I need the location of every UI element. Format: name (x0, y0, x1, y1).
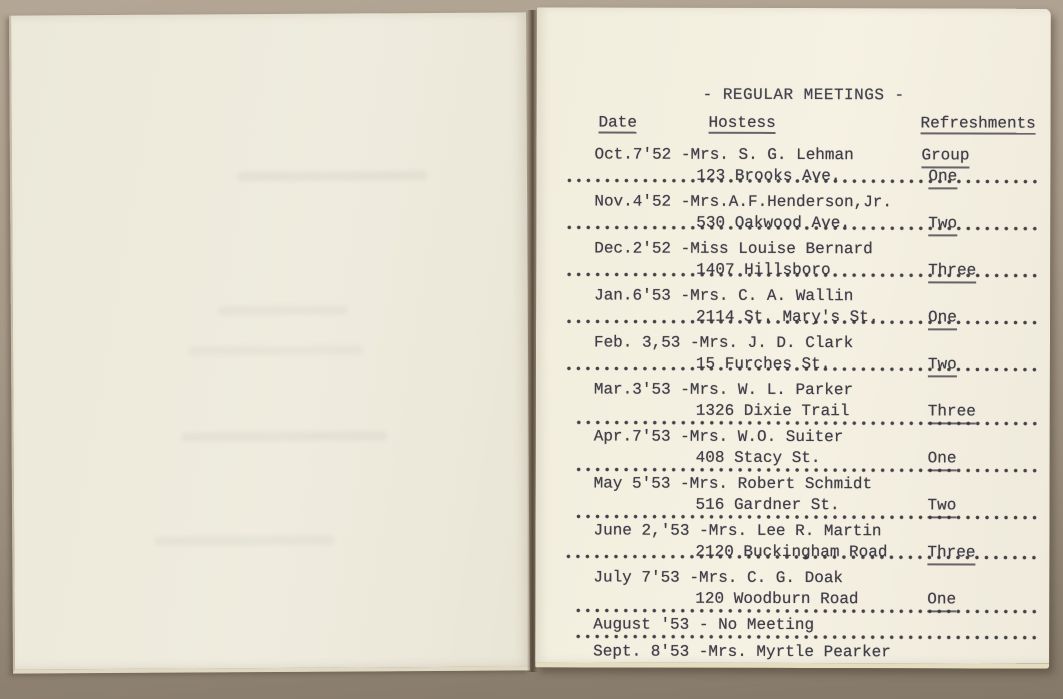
page-title: - REGULAR MEETINGS - (703, 86, 905, 105)
meeting-hostess: -Miss Louise Bernard (681, 240, 873, 259)
meeting-hostess: -Mrs. J. D. Clark (690, 334, 853, 352)
dotted-leader-line (566, 177, 1038, 184)
dotted-leader-line (576, 466, 1038, 473)
meeting-entry: Oct.7'52 -Mrs. S. G. LehmanGroup 123 Bro… (536, 144, 1044, 192)
column-header-date: Date (599, 113, 637, 133)
meeting-hostess: -Mrs. Myrtle Pearker (699, 643, 891, 662)
meeting-entry: Feb. 3,53 -Mrs. J. D. Clark 15 Furches S… (536, 332, 1044, 380)
dotted-leader-line (565, 553, 1037, 560)
dotted-leader-line (566, 271, 1038, 278)
meeting-entry: Dec.2'52 -Miss Louise Bernard 1407 Hills… (536, 238, 1044, 286)
meeting-line-1: Jan.6'53 -Mrs. C. A. Wallin (536, 285, 1044, 307)
bleed-through-smudge (237, 171, 427, 181)
meeting-date: June 2,'53 (593, 521, 689, 539)
meeting-entry: Nov.4'52 -Mrs.A.F.Henderson,Jr. 530 Oakw… (536, 191, 1044, 239)
meeting-date: July 7'53 (593, 568, 679, 586)
meeting-date: Feb. 3,53 (594, 333, 680, 351)
meeting-hostess: -Mrs. Lee R. Martin (699, 522, 881, 540)
column-header-refreshments: Refreshments (921, 114, 1036, 134)
meeting-hostess: -Mrs. S. G. Lehman (681, 146, 854, 164)
meeting-line-1: Sept. 8'53 -Mrs. Myrtle Pearker (535, 641, 1043, 663)
meeting-line-1: Oct.7'52 -Mrs. S. G. LehmanGroup (536, 144, 1044, 166)
right-page-meetings: - REGULAR MEETINGS - Date Hostess Refres… (535, 7, 1051, 668)
meeting-entry: August '53 - No Meeting (535, 614, 1043, 642)
meeting-line-1: Apr.7'53 -Mrs. W.O. Suiter (536, 426, 1044, 448)
meeting-entry: Sept. 8'53 -Mrs. Myrtle Pearker 11 Enter… (535, 641, 1043, 668)
refreshments-group-label: Group (921, 145, 969, 168)
meeting-date: August '53 (593, 615, 689, 633)
meeting-date: Oct.7'52 (594, 145, 671, 163)
scanned-notebook-spread: - REGULAR MEETINGS - Date Hostess Refres… (0, 0, 1063, 699)
dotted-leader-line (566, 318, 1038, 325)
meeting-hostess: -Mrs.A.F.Henderson,Jr. (681, 193, 892, 212)
left-page-blank (9, 12, 530, 673)
meeting-hostess: -Mrs. C. A. Wallin (681, 287, 854, 305)
meeting-line-1: Nov.4'52 -Mrs.A.F.Henderson,Jr. (536, 191, 1044, 213)
meeting-line-1: Dec.2'52 -Miss Louise Bernard (536, 238, 1044, 260)
meeting-hostess: -Mrs. Robert Schmidt (680, 475, 872, 494)
dotted-leader-line (576, 419, 1038, 426)
meeting-hostess: -Mrs. C. G. Doak (689, 569, 843, 587)
meeting-line-1: July 7'53 -Mrs. C. G. Doak (535, 567, 1043, 589)
meeting-address: 11 Enterprise St. (695, 663, 858, 669)
meeting-entry: May 5'53 -Mrs. Robert Schmidt 516 Gardne… (536, 473, 1044, 521)
meeting-date: Sept. 8'53 (593, 642, 689, 660)
meeting-line-1: June 2,'53 -Mrs. Lee R. Martin (535, 520, 1043, 542)
bleed-through-smudge (188, 345, 363, 355)
bleed-through-smudge (218, 306, 348, 316)
meeting-entry: July 7'53 -Mrs. C. G. Doak 120 Woodburn … (535, 567, 1043, 615)
refreshments-value: Two (927, 663, 956, 668)
meeting-hostess: -Mrs. W.O. Suiter (680, 428, 843, 446)
meetings-list: Oct.7'52 -Mrs. S. G. LehmanGroup 123 Bro… (535, 144, 1044, 668)
meeting-line-1: Mar.3'53 -Mrs. W. L. Parker (536, 379, 1044, 401)
meeting-date: Nov.4'52 (594, 192, 671, 210)
meeting-date: May 5'53 (594, 474, 671, 492)
dotted-leader-line (575, 633, 1037, 640)
column-header-hostess: Hostess (709, 114, 776, 134)
dotted-leader-line (575, 607, 1037, 614)
meeting-entry: Mar.3'53 -Mrs. W. L. Parker 1326 Dixie T… (536, 379, 1044, 427)
dotted-leader-line (576, 513, 1038, 520)
meeting-line-2: 11 Enterprise St. Two (535, 662, 1043, 668)
meeting-date: Dec.2'52 (594, 239, 671, 257)
meeting-date: Apr.7'53 (594, 427, 671, 445)
meeting-line-1: May 5'53 -Mrs. Robert Schmidt (536, 473, 1044, 495)
meeting-entry: Apr.7'53 -Mrs. W.O. Suiter 408 Stacy St.… (536, 426, 1044, 474)
meeting-date: Mar.3'53 (594, 380, 671, 398)
meeting-line-1: Feb. 3,53 -Mrs. J. D. Clark (536, 332, 1044, 354)
meeting-entry: Jan.6'53 -Mrs. C. A. Wallin 2114 St. Mar… (536, 285, 1044, 333)
column-headers: Date Hostess Refreshments (537, 113, 1051, 136)
dotted-leader-line (566, 224, 1038, 231)
meeting-date: Jan.6'53 (594, 286, 671, 304)
bleed-through-smudge (154, 536, 334, 546)
meeting-hostess: - No Meeting (699, 616, 814, 634)
bleed-through-smudge (182, 431, 387, 441)
dotted-leader-line (566, 365, 1038, 372)
meeting-entry: June 2,'53 -Mrs. Lee R. Martin 2120 Buck… (535, 520, 1043, 568)
meeting-hostess: -Mrs. W. L. Parker (680, 381, 853, 399)
